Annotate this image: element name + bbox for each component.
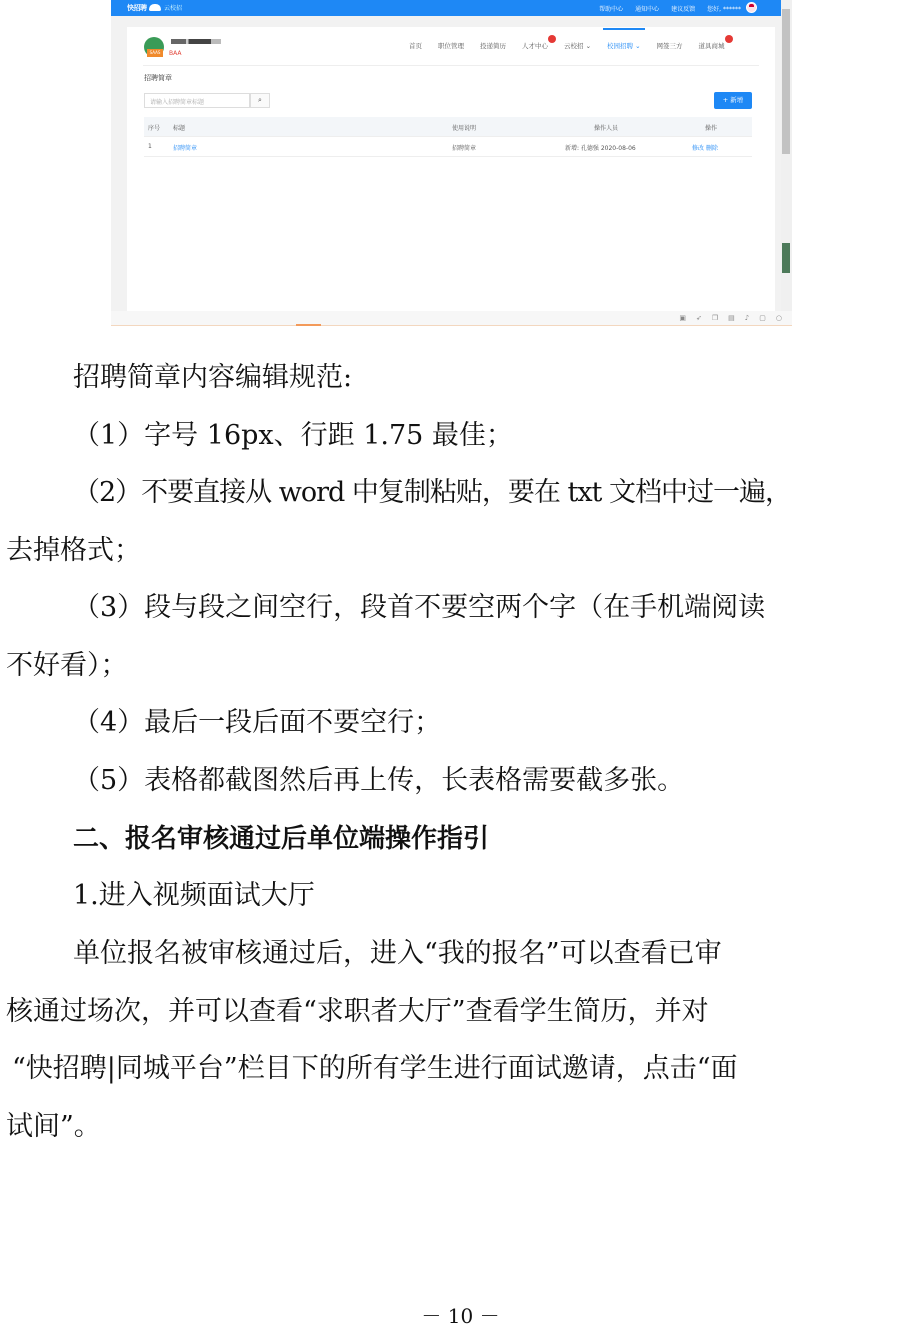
col-index: 序号 [148,123,160,132]
paragraph-line: 核通过场次，并可以查看“求职者大厅”查看学生简历，并对 [6,996,709,1028]
rule-1: （1）字号 16px、行距 1.75 最佳； [73,420,513,452]
notice-center-link[interactable]: 通知中心 [635,4,659,13]
brochure-table: 序号 标题 使用说明 操作人员 操作 1 招聘简章 招聘简章 新增: 孔德强 2… [144,117,752,157]
subheading: 1.进入视频面试大厅 [73,880,315,912]
volume-icon[interactable]: ♪ [745,314,749,322]
trash-icon[interactable]: ▤ [728,314,735,322]
rule-2-cont: 去掉格式； [6,535,141,567]
paragraph-line: “快招聘|同城平台”栏目下的所有学生进行面试邀请，点击“面 [12,1053,738,1085]
search-icon: ⌕ [258,96,262,104]
status-icons: ▣ ➶ ❐ ▤ ♪ ▢ ○ [679,314,782,322]
page-number: － 10 － [0,1300,921,1328]
cloud-campus-logo[interactable]: 云校招 [164,3,182,12]
browser-status-bar: ▣ ➶ ❐ ▤ ♪ ▢ ○ [111,311,792,326]
copy-icon[interactable]: ❐ [712,314,718,322]
rule-2: （2）不要直接从 word 中复制粘贴，要在 txt 文档中过一遍， [73,477,791,509]
nav-label: 云校招 ⌄ [564,42,591,50]
rule-4: （4）最后一段后面不要空行； [73,707,441,739]
edit-link[interactable]: 修改 [692,145,704,152]
rule-3: （3）段与段之间空行，段首不要空两个字（在手机端阅读 [73,592,765,624]
paragraph-line: 试间”。 [6,1111,101,1143]
nav-resumes[interactable]: 投递简历 [472,41,514,50]
feedback-link[interactable]: 建议反馈 [671,4,695,13]
top-links: 帮助中心 通知中心 建议反馈 您好, ****** [599,4,741,13]
nav-home[interactable]: 首页 [401,41,430,50]
scroll-marker [782,243,790,273]
add-button[interactable]: + 新增 [714,92,752,109]
row-title-link[interactable]: 招聘简章 [173,143,197,152]
col-actions: 操作 [705,123,717,132]
nav-campus-recruit[interactable]: 校园招聘 ⌄ [599,41,649,50]
search-input[interactable]: 请输入招聘简章标题 [144,93,250,108]
col-usage: 使用说明 [452,123,476,132]
col-title: 标题 [173,123,185,132]
nav-label: 网签三方 [657,42,683,50]
tab-indicator [296,324,321,326]
nav-label: 道具商城 [699,42,725,50]
new-badge [725,35,733,43]
rocket-icon[interactable]: ➶ [696,314,702,322]
image-icon[interactable]: ▣ [679,314,686,322]
nav-label: 职位管理 [438,42,464,50]
table-header: 序号 标题 使用说明 操作人员 操作 [144,117,752,137]
site-logo[interactable]: 快招聘 [127,3,147,13]
row-operator: 新增: 孔德强 2020-08-06 [565,143,636,152]
rule-3-cont: 不好看）； [6,650,128,682]
col-operator: 操作人员 [594,123,618,132]
nav-cloud-campus[interactable]: 云校招 ⌄ [556,41,599,50]
avatar[interactable] [746,2,757,13]
window-icon[interactable]: ▢ [759,314,766,322]
embedded-screenshot: 快招聘 云校招 帮助中心 通知中心 建议反馈 您好, ****** SAAS B… [111,0,792,326]
nav-jobs[interactable]: 职位管理 [430,41,472,50]
cloud-icon [149,4,161,11]
section-heading: 二、报名审核通过后单位端操作指引 [73,823,489,855]
table-row: 1 招聘简章 招聘简章 新增: 孔德强 2020-08-06 修改 删除 [144,137,752,157]
row-actions: 修改 删除 [692,143,718,152]
nav-label: 人才中心 [522,42,548,50]
main-card: SAAS BAA 首页 职位管理 投递简历 人才中心 云校招 ⌄ 校园招聘 ⌄ … [127,27,775,311]
intro-line: 招聘简章内容编辑规范: [73,362,352,394]
rule-5: （5）表格都截图然后再上传，长表格需要截多张。 [73,765,684,797]
nav-label: 校园招聘 ⌄ [607,42,641,50]
nav-label: 投递简历 [480,42,506,50]
delete-link[interactable]: 删除 [706,145,718,152]
nav-label: 首页 [409,42,422,50]
new-badge [548,35,556,43]
vertical-scrollbar[interactable] [781,0,792,326]
main-nav: 首页 职位管理 投递简历 人才中心 云校招 ⌄ 校园招聘 ⌄ 网签三方 道具商城 [401,41,733,50]
top-bar: 快招聘 云校招 帮助中心 通知中心 建议反馈 您好, ****** [111,0,781,16]
search-icon[interactable]: ○ [776,314,782,322]
nav-talent[interactable]: 人才中心 [514,41,556,50]
company-name-redacted [171,39,221,44]
page-title: 招聘简章 [144,73,172,83]
paragraph-line: 单位报名被审核通过后，进入“我的报名”可以查看已审 [73,938,722,970]
scroll-thumb[interactable] [782,9,790,154]
saas-badge: SAAS [147,49,163,57]
user-greeting[interactable]: 您好, ****** [707,4,741,13]
nav-shop[interactable]: 道具商城 [691,41,733,50]
row-usage: 招聘简章 [452,143,476,152]
search-button[interactable]: ⌕ [250,93,270,108]
row-index: 1 [148,143,152,150]
nav-tripartite[interactable]: 网签三方 [649,41,691,50]
divider [143,65,759,66]
company-level: BAA [169,50,182,57]
help-center-link[interactable]: 帮助中心 [599,4,623,13]
